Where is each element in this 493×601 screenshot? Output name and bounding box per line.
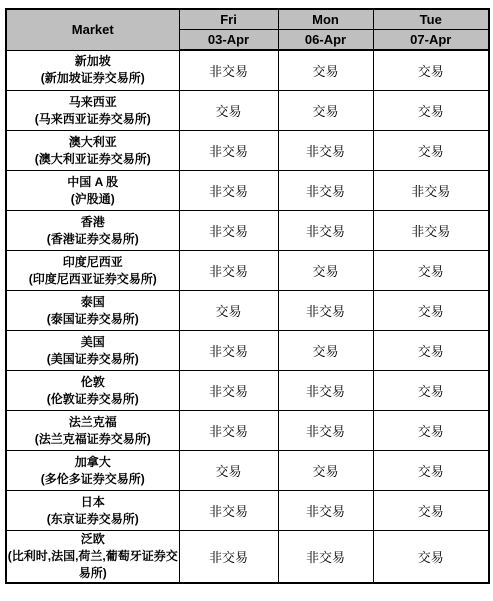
status-cell-tue: 交易 [373, 251, 489, 291]
status-cell-fri: 非交易 [179, 411, 278, 451]
status-cell-tue: 交易 [373, 331, 489, 371]
market-name: 美国 [7, 334, 179, 351]
status-cell-mon: 交易 [278, 251, 373, 291]
market-cell: 印度尼西亚(印度尼西亚证券交易所) [6, 251, 179, 291]
market-exchange: (新加坡证券交易所) [7, 70, 179, 87]
status-cell-mon: 非交易 [278, 371, 373, 411]
market-cell: 马来西亚(马来西亚证券交易所) [6, 91, 179, 131]
market-exchange: (马来西亚证券交易所) [7, 111, 179, 128]
market-exchange: (香港证券交易所) [7, 231, 179, 248]
market-cell: 泛欧(比利时,法国,荷兰,葡萄牙证券交易所) [6, 531, 179, 584]
status-cell-fri: 非交易 [179, 211, 278, 251]
status-cell-mon: 交易 [278, 331, 373, 371]
market-name: 印度尼西亚 [7, 254, 179, 271]
market-name: 泰国 [7, 294, 179, 311]
status-cell-fri: 非交易 [179, 371, 278, 411]
market-cell: 澳大利亚(澳大利亚证券交易所) [6, 131, 179, 171]
status-cell-fri: 交易 [179, 451, 278, 491]
page: Market Fri Mon Tue 03-Apr 06-Apr 07-Apr … [0, 0, 493, 601]
market-cell: 新加坡(新加坡证券交易所) [6, 50, 179, 91]
table-row: 香港(香港证券交易所)非交易非交易非交易 [6, 211, 489, 251]
market-exchange: (法兰克福证券交易所) [7, 431, 179, 448]
date-header-mon: 06-Apr [278, 30, 373, 51]
table-row: 加拿大(多伦多证券交易所)交易交易交易 [6, 451, 489, 491]
status-cell-mon: 非交易 [278, 171, 373, 211]
market-name: 法兰克福 [7, 414, 179, 431]
status-cell-tue: 交易 [373, 50, 489, 91]
trading-calendar-table: Market Fri Mon Tue 03-Apr 06-Apr 07-Apr … [5, 8, 490, 584]
day-header-tue: Tue [373, 9, 489, 30]
date-header-fri: 03-Apr [179, 30, 278, 51]
status-cell-tue: 交易 [373, 291, 489, 331]
status-cell-tue: 交易 [373, 531, 489, 584]
market-name: 马来西亚 [7, 94, 179, 111]
table-row: 中国 A 股(沪股通)非交易非交易非交易 [6, 171, 489, 211]
status-cell-mon: 非交易 [278, 131, 373, 171]
market-cell: 日本(东京证券交易所) [6, 491, 179, 531]
market-column-header: Market [6, 9, 179, 50]
status-cell-fri: 非交易 [179, 131, 278, 171]
market-exchange: (美国证券交易所) [7, 351, 179, 368]
table-row: 泛欧(比利时,法国,荷兰,葡萄牙证券交易所)非交易非交易交易 [6, 531, 489, 584]
status-cell-tue: 交易 [373, 491, 489, 531]
status-cell-tue: 交易 [373, 371, 489, 411]
status-cell-fri: 非交易 [179, 491, 278, 531]
status-cell-fri: 非交易 [179, 251, 278, 291]
market-exchange: (澳大利亚证券交易所) [7, 151, 179, 168]
market-name: 中国 A 股 [7, 174, 179, 191]
status-cell-mon: 非交易 [278, 491, 373, 531]
market-cell: 加拿大(多伦多证券交易所) [6, 451, 179, 491]
status-cell-tue: 交易 [373, 91, 489, 131]
market-cell: 泰国(泰国证券交易所) [6, 291, 179, 331]
status-cell-fri: 非交易 [179, 531, 278, 584]
date-header-tue: 07-Apr [373, 30, 489, 51]
status-cell-mon: 非交易 [278, 531, 373, 584]
status-cell-tue: 交易 [373, 411, 489, 451]
table-row: 印度尼西亚(印度尼西亚证券交易所)非交易交易交易 [6, 251, 489, 291]
table-body: 新加坡(新加坡证券交易所)非交易交易交易马来西亚(马来西亚证券交易所)交易交易交… [6, 50, 489, 583]
table-row: 美国(美国证券交易所)非交易交易交易 [6, 331, 489, 371]
status-cell-tue: 交易 [373, 451, 489, 491]
day-header-fri: Fri [179, 9, 278, 30]
status-cell-mon: 非交易 [278, 411, 373, 451]
table-header: Market Fri Mon Tue 03-Apr 06-Apr 07-Apr [6, 9, 489, 50]
status-cell-mon: 交易 [278, 50, 373, 91]
market-name: 日本 [7, 494, 179, 511]
status-cell-fri: 非交易 [179, 171, 278, 211]
status-cell-fri: 交易 [179, 91, 278, 131]
status-cell-mon: 交易 [278, 91, 373, 131]
market-exchange: (印度尼西亚证券交易所) [7, 271, 179, 288]
market-exchange: (泰国证券交易所) [7, 311, 179, 328]
status-cell-tue: 非交易 [373, 211, 489, 251]
day-header-row: Market Fri Mon Tue [6, 9, 489, 30]
status-cell-fri: 非交易 [179, 50, 278, 91]
market-name: 香港 [7, 214, 179, 231]
status-cell-fri: 非交易 [179, 331, 278, 371]
market-name: 伦敦 [7, 374, 179, 391]
table-row: 马来西亚(马来西亚证券交易所)交易交易交易 [6, 91, 489, 131]
status-cell-mon: 交易 [278, 451, 373, 491]
market-cell: 美国(美国证券交易所) [6, 331, 179, 371]
table-row: 澳大利亚(澳大利亚证券交易所)非交易非交易交易 [6, 131, 489, 171]
table-row: 新加坡(新加坡证券交易所)非交易交易交易 [6, 50, 489, 91]
table-row: 法兰克福(法兰克福证券交易所)非交易非交易交易 [6, 411, 489, 451]
market-cell: 中国 A 股(沪股通) [6, 171, 179, 211]
status-cell-fri: 交易 [179, 291, 278, 331]
status-cell-mon: 非交易 [278, 211, 373, 251]
market-name: 澳大利亚 [7, 134, 179, 151]
market-exchange: (沪股通) [7, 191, 179, 208]
market-cell: 香港(香港证券交易所) [6, 211, 179, 251]
market-cell: 法兰克福(法兰克福证券交易所) [6, 411, 179, 451]
day-header-mon: Mon [278, 9, 373, 30]
market-name: 泛欧 [7, 531, 179, 548]
table-row: 日本(东京证券交易所)非交易非交易交易 [6, 491, 489, 531]
table-row: 伦敦(伦敦证券交易所)非交易非交易交易 [6, 371, 489, 411]
market-exchange: (东京证券交易所) [7, 511, 179, 528]
market-exchange: (多伦多证券交易所) [7, 471, 179, 488]
table-row: 泰国(泰国证券交易所)交易非交易交易 [6, 291, 489, 331]
status-cell-mon: 非交易 [278, 291, 373, 331]
market-exchange: (伦敦证券交易所) [7, 391, 179, 408]
market-name: 加拿大 [7, 454, 179, 471]
market-cell: 伦敦(伦敦证券交易所) [6, 371, 179, 411]
market-exchange: (比利时,法国,荷兰,葡萄牙证券交易所) [7, 548, 179, 582]
status-cell-tue: 非交易 [373, 171, 489, 211]
status-cell-tue: 交易 [373, 131, 489, 171]
market-name: 新加坡 [7, 53, 179, 70]
